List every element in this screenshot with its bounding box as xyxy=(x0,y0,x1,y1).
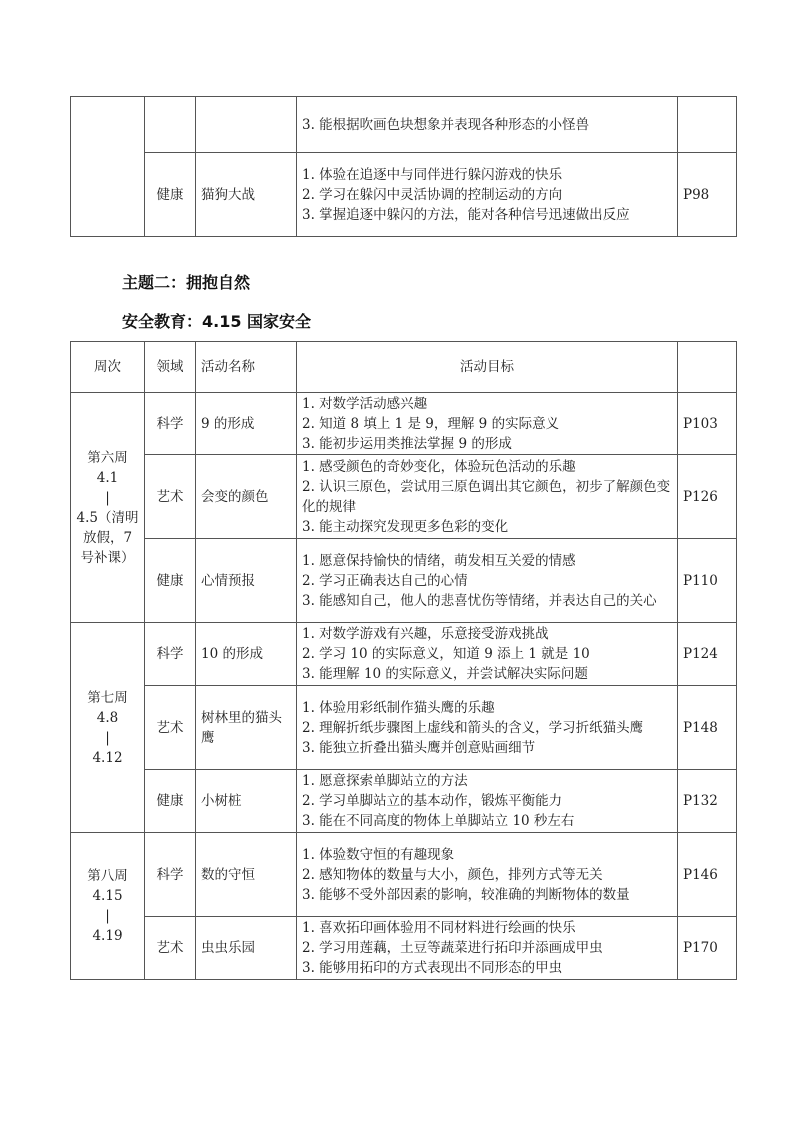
activity-cell: 树林里的猫头鹰 xyxy=(196,686,297,770)
domain-cell: 艺术 xyxy=(145,455,196,539)
activity-cell: 9 的形成 xyxy=(196,393,297,455)
goal-line: 3. 能感知自己，他人的悲喜忧伤等情绪，并表达自己的关心 xyxy=(302,591,672,611)
activity-cell: 10 的形成 xyxy=(196,623,297,686)
goals-cell: 1. 对数学活动感兴趣 2. 知道 8 填上 1 是 9，理解 9 的实际意义 … xyxy=(297,393,678,455)
header-page xyxy=(678,342,737,393)
page-ref-cell xyxy=(678,97,737,153)
table-row: 艺术 树林里的猫头鹰 1. 体验用彩纸制作猫头鹰的乐趣 2. 理解折纸步骤图上虚… xyxy=(71,686,737,770)
goal-line: 2. 学习用莲藕，土豆等蔬菜进行拓印并添画成甲虫 xyxy=(302,938,672,958)
domain-cell: 健康 xyxy=(145,539,196,623)
table-row: 健康 心情预报 1. 愿意保持愉快的情绪，萌发相互关爱的情感 2. 学习正确表达… xyxy=(71,539,737,623)
goal-line: 1. 对数学游戏有兴趣，乐意接受游戏挑战 xyxy=(302,624,672,644)
plan-table-main: 周次 领域 活动名称 活动目标 第六周 4.1 | 4.5（清明放假，7 号补课… xyxy=(70,341,737,980)
page-ref-cell: P148 xyxy=(678,686,737,770)
goals-cell: 1. 愿意探索单脚站立的方法 2. 学习单脚站立的基本动作，锻炼平衡能力 3. … xyxy=(297,770,678,833)
goal-line: 2. 学习在躲闪中灵活协调的控制运动的方向 xyxy=(302,185,672,205)
goal-line: 2. 知道 8 填上 1 是 9，理解 9 的实际意义 xyxy=(302,414,672,434)
page-ref-cell: P103 xyxy=(678,393,737,455)
activity-cell xyxy=(196,97,297,153)
domain-cell: 健康 xyxy=(145,770,196,833)
week-end-date: 4.19 xyxy=(76,926,139,946)
table-row: 第六周 4.1 | 4.5（清明放假，7 号补课） 科学 9 的形成 1. 对数… xyxy=(71,393,737,455)
goal-line: 2. 学习单脚站立的基本动作，锻炼平衡能力 xyxy=(302,791,672,811)
activity-cell: 虫虫乐园 xyxy=(196,917,297,980)
page-ref-cell: P110 xyxy=(678,539,737,623)
goals-cell: 3. 能根据吹画色块想象并表现各种形态的小怪兽 xyxy=(297,97,678,153)
goals-cell: 1. 体验在追逐中与同伴进行躲闪游戏的快乐 2. 学习在躲闪中灵活协调的控制运动… xyxy=(297,153,678,237)
goal-line: 3. 能根据吹画色块想象并表现各种形态的小怪兽 xyxy=(302,115,672,135)
domain-cell: 健康 xyxy=(145,153,196,237)
table-row: 健康 小树桩 1. 愿意探索单脚站立的方法 2. 学习单脚站立的基本动作，锻炼平… xyxy=(71,770,737,833)
page-ref-cell: P124 xyxy=(678,623,737,686)
activity-cell: 猫狗大战 xyxy=(196,153,297,237)
goal-line: 1. 感受颜色的奇妙变化，体验玩色活动的乐趣 xyxy=(302,457,672,477)
domain-cell: 艺术 xyxy=(145,917,196,980)
goal-line: 3. 能在不同高度的物体上单脚站立 10 秒左右 xyxy=(302,811,672,831)
goals-cell: 1. 喜欢拓印画体验用不同材料进行绘画的快乐 2. 学习用莲藕，土豆等蔬菜进行拓… xyxy=(297,917,678,980)
domain-cell: 科学 xyxy=(145,393,196,455)
table-row: 艺术 虫虫乐园 1. 喜欢拓印画体验用不同材料进行绘画的快乐 2. 学习用莲藕，… xyxy=(71,917,737,980)
goal-line: 1. 喜欢拓印画体验用不同材料进行绘画的快乐 xyxy=(302,918,672,938)
activity-cell: 会变的颜色 xyxy=(196,455,297,539)
table-row: 第八周 4.15 | 4.19 科学 数的守恒 1. 体验数守恒的有趣现象 2.… xyxy=(71,833,737,917)
week-label: 第六周 xyxy=(76,448,139,468)
goal-line: 1. 体验在追逐中与同伴进行躲闪游戏的快乐 xyxy=(302,165,672,185)
goal-line: 2. 认识三原色，尝试用三原色调出其它颜色，初步了解颜色变化的规律 xyxy=(302,477,672,517)
activity-cell: 心情预报 xyxy=(196,539,297,623)
goal-line: 2. 理解折纸步骤图上虚线和箭头的含义，学习折纸猫头鹰 xyxy=(302,718,672,738)
page-ref-cell: P132 xyxy=(678,770,737,833)
week-label: 第八周 xyxy=(76,866,139,886)
week-end-date: 4.5（清明放假，7 号补课） xyxy=(76,508,139,568)
week-cell: 第八周 4.15 | 4.19 xyxy=(71,833,145,980)
goal-line: 2. 学习 10 的实际意义，知道 9 添上 1 就是 10 xyxy=(302,644,672,664)
week-end-date: 4.12 xyxy=(76,748,139,768)
week-label: 第七周 xyxy=(76,688,139,708)
goal-line: 1. 愿意探索单脚站立的方法 xyxy=(302,771,672,791)
theme-heading: 主题二：拥抱自然 xyxy=(122,270,250,293)
goals-cell: 1. 体验用彩纸制作猫头鹰的乐趣 2. 理解折纸步骤图上虚线和箭头的含义，学习折… xyxy=(297,686,678,770)
goals-cell: 1. 体验数守恒的有趣现象 2. 感知物体的数量与大小，颜色，排列方式等无关 3… xyxy=(297,833,678,917)
domain-cell: 艺术 xyxy=(145,686,196,770)
plan-table-continued: 3. 能根据吹画色块想象并表现各种形态的小怪兽 健康 猫狗大战 1. 体验在追逐… xyxy=(70,96,737,237)
safety-education-heading: 安全教育：4.15 国家安全 xyxy=(122,309,311,332)
page-ref-cell: P146 xyxy=(678,833,737,917)
page-ref-cell: P170 xyxy=(678,917,737,980)
week-start-date: 4.15 xyxy=(76,886,139,906)
goal-line: 3. 能初步运用类推法掌握 9 的形成 xyxy=(302,434,672,454)
date-separator: | xyxy=(76,906,139,926)
goal-line: 2. 学习正确表达自己的心情 xyxy=(302,571,672,591)
domain-cell: 科学 xyxy=(145,623,196,686)
date-separator: | xyxy=(76,488,139,508)
domain-cell xyxy=(145,97,196,153)
goal-line: 3. 掌握追逐中躲闪的方法，能对各种信号迅速做出反应 xyxy=(302,205,672,225)
week-start-date: 4.1 xyxy=(76,468,139,488)
header-week: 周次 xyxy=(71,342,145,393)
domain-cell: 科学 xyxy=(145,833,196,917)
goals-cell: 1. 愿意保持愉快的情绪，萌发相互关爱的情感 2. 学习正确表达自己的心情 3.… xyxy=(297,539,678,623)
page-ref-cell: P98 xyxy=(678,153,737,237)
week-cell: 第六周 4.1 | 4.5（清明放假，7 号补课） xyxy=(71,393,145,623)
goal-line: 2. 感知物体的数量与大小，颜色，排列方式等无关 xyxy=(302,865,672,885)
goal-line: 1. 愿意保持愉快的情绪，萌发相互关爱的情感 xyxy=(302,551,672,571)
goal-line: 3. 能主动探究发现更多色彩的变化 xyxy=(302,517,672,537)
week-start-date: 4.8 xyxy=(76,708,139,728)
table-row: 艺术 会变的颜色 1. 感受颜色的奇妙变化，体验玩色活动的乐趣 2. 认识三原色… xyxy=(71,455,737,539)
goals-cell: 1. 对数学游戏有兴趣，乐意接受游戏挑战 2. 学习 10 的实际意义，知道 9… xyxy=(297,623,678,686)
goal-line: 1. 对数学活动感兴趣 xyxy=(302,394,672,414)
goal-line: 3. 能独立折叠出猫头鹰并创意贴画细节 xyxy=(302,738,672,758)
goal-line: 1. 体验用彩纸制作猫头鹰的乐趣 xyxy=(302,698,672,718)
goals-cell: 1. 感受颜色的奇妙变化，体验玩色活动的乐趣 2. 认识三原色，尝试用三原色调出… xyxy=(297,455,678,539)
header-activity: 活动名称 xyxy=(196,342,297,393)
goal-line: 1. 体验数守恒的有趣现象 xyxy=(302,845,672,865)
page-ref-cell: P126 xyxy=(678,455,737,539)
table-header-row: 周次 领域 活动名称 活动目标 xyxy=(71,342,737,393)
table-row: 3. 能根据吹画色块想象并表现各种形态的小怪兽 xyxy=(71,97,737,153)
header-domain: 领域 xyxy=(145,342,196,393)
table-row: 健康 猫狗大战 1. 体验在追逐中与同伴进行躲闪游戏的快乐 2. 学习在躲闪中灵… xyxy=(71,153,737,237)
week-cell xyxy=(71,97,145,237)
activity-cell: 小树桩 xyxy=(196,770,297,833)
goal-line: 3. 能够不受外部因素的影响，较准确的判断物体的数量 xyxy=(302,885,672,905)
activity-cell: 数的守恒 xyxy=(196,833,297,917)
week-cell: 第七周 4.8 | 4.12 xyxy=(71,623,145,833)
date-separator: | xyxy=(76,728,139,748)
goal-line: 3. 能够用拓印的方式表现出不同形态的甲虫 xyxy=(302,958,672,978)
table-row: 第七周 4.8 | 4.12 科学 10 的形成 1. 对数学游戏有兴趣，乐意接… xyxy=(71,623,737,686)
header-goals: 活动目标 xyxy=(297,342,678,393)
goal-line: 3. 能理解 10 的实际意义，并尝试解决实际问题 xyxy=(302,664,672,684)
